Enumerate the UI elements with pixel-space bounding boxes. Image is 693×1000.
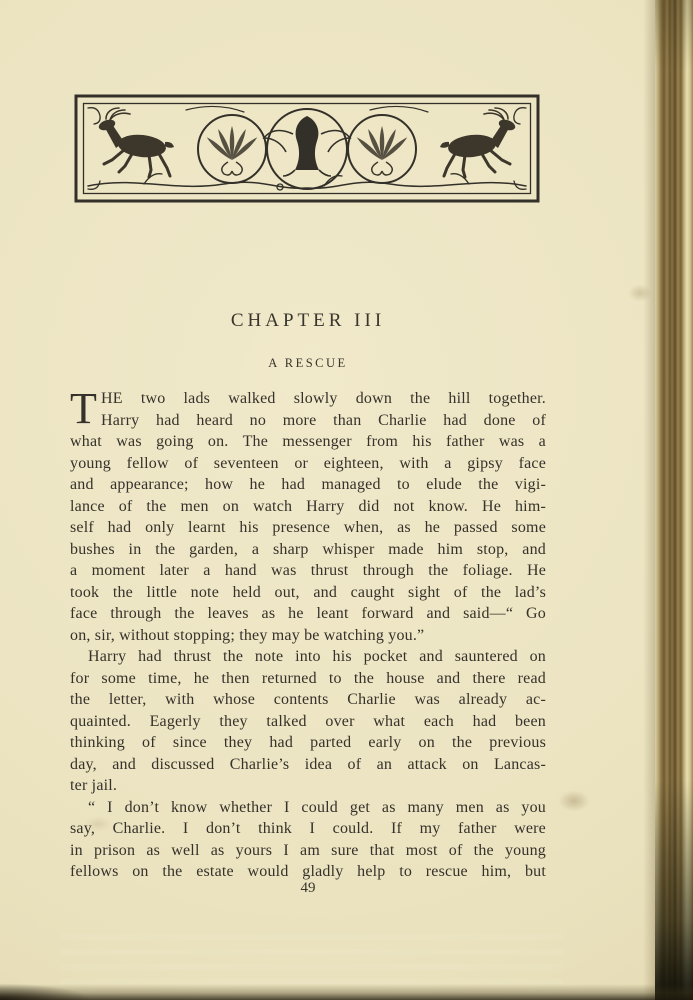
chapter-title: CHAPTER III (70, 310, 546, 332)
text-line: bushes in the garden, a sharp whisper ma… (70, 539, 546, 561)
page-edge-fade (643, 0, 655, 1000)
text-line: day, and discussed Charlie’s idea of an … (70, 754, 546, 776)
book-page-scan: CHAPTER III A RESCUE THE two lads walked… (0, 0, 693, 1000)
text-line: took the little note held out, and caugh… (70, 582, 546, 604)
page: CHAPTER III A RESCUE THE two lads walked… (0, 0, 693, 1000)
text-line: lance of the men on watch Harry did not … (70, 496, 546, 518)
text-line: young fellow of seventeen or eighteen, w… (70, 453, 546, 475)
text-line: thinking of since they had parted early … (70, 732, 546, 754)
stag-left (97, 108, 174, 177)
bottom-left-corner-shadow (0, 972, 160, 1000)
page-number: 49 (70, 880, 546, 897)
book-page-edges (655, 0, 693, 1000)
text-line: Harry had heard no more than Charlie had… (70, 410, 546, 432)
text-line: and appearance; how he had managed to el… (70, 474, 546, 496)
chapter-subtitle: A RESCUE (70, 356, 546, 371)
headpiece-ornament (74, 94, 540, 203)
paragraph: Harry had thrust the note into his pocke… (70, 646, 546, 797)
text-line: HE two lads walked slowly down the hill … (70, 388, 546, 410)
paper-stain (84, 816, 112, 832)
paragraph: “ I don’t know whether I could get as ma… (70, 797, 546, 883)
text-line: self had only learnt his presence when, … (70, 517, 546, 539)
text-line: “ I don’t know whether I could get as ma… (70, 797, 546, 819)
text-line: for some time, he then returned to the h… (70, 668, 546, 690)
text-line: in prison as well as yours I am sure tha… (70, 840, 546, 862)
text-line: ter jail. (70, 775, 546, 797)
text-line: face through the leaves as he leant forw… (70, 603, 546, 625)
palmette-left (205, 126, 259, 175)
palmette-right (355, 126, 409, 175)
paragraph: THE two lads walked slowly down the hill… (70, 388, 546, 646)
stag-right (440, 108, 517, 177)
text-line: the letter, with whose contents Charlie … (70, 689, 546, 711)
body-text: THE two lads walked slowly down the hill… (70, 388, 546, 883)
text-line: say, Charlie. I don’t think I could. If … (70, 818, 546, 840)
text-line: on, sir, without stopping; they may be w… (70, 625, 546, 647)
text-line: quainted. Eagerly they talked over what … (70, 711, 546, 733)
text-line: what was going on. The messenger from hi… (70, 431, 546, 453)
drop-cap: T (70, 389, 97, 429)
central-vase-motif (264, 116, 350, 176)
paper-stain (558, 790, 590, 812)
text-line: a moment later a hand was thrust through… (70, 560, 546, 582)
text-line: Harry had thrust the note into his pocke… (70, 646, 546, 668)
